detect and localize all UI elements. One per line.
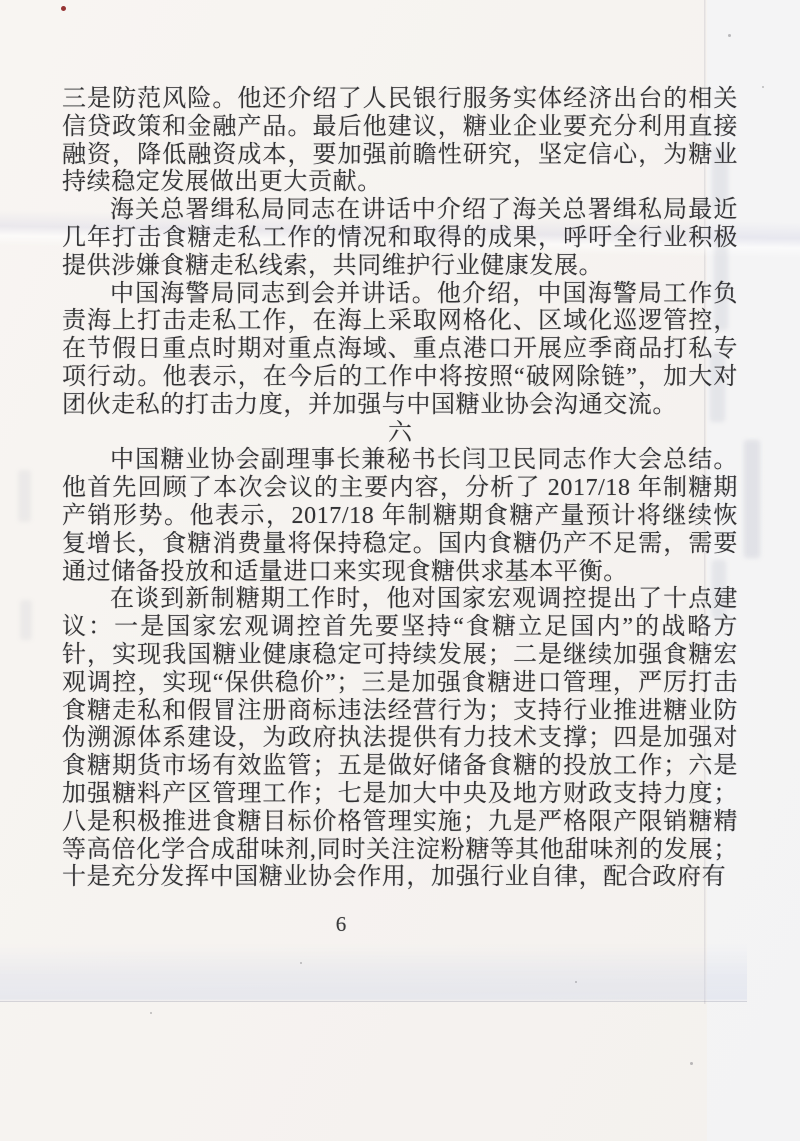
paper-fold-band-bottom: [0, 944, 747, 1002]
paper-speck: [690, 1062, 693, 1065]
paragraph: 中国海警局同志到会并讲话。他介绍，中国海警局工作负责海上打击走私工作，在海上采取…: [62, 281, 738, 420]
paper-speck: [575, 981, 577, 983]
paper-speck: [762, 86, 764, 88]
ink-bleed-mark: [20, 600, 32, 640]
section-heading: 六: [62, 420, 738, 448]
paper-speck: [728, 34, 731, 37]
paragraph: 在谈到新制糖期工作时，他对国家宏观调控提出了十点建议：一是国家宏观调控首先要坚持…: [62, 586, 738, 892]
scanned-page: 三是防范风险。他还介绍了人民银行服务实体经济出台的相关信贷政策和金融产品。最后他…: [0, 0, 800, 1141]
page-number: 6: [0, 912, 682, 937]
paragraph-continuation: 三是防范风险。他还介绍了人民银行服务实体经济出台的相关信贷政策和金融产品。最后他…: [62, 86, 738, 197]
paragraph: 海关总署缉私局同志在讲话中介绍了海关总署缉私局最近几年打击食糖走私工作的情况和取…: [62, 197, 738, 280]
document-body: 三是防范风险。他还介绍了人民银行服务实体经济出台的相关信贷政策和金融产品。最后他…: [62, 86, 738, 892]
red-ink-speck: [61, 6, 66, 11]
ink-bleed-mark: [18, 470, 31, 522]
paper-speck: [150, 1012, 152, 1014]
paragraph: 中国糖业协会副理事长兼秘书长闫卫民同志作大会总结。他首先回顾了本次会议的主要内容…: [62, 447, 738, 586]
paper-speck: [300, 962, 302, 964]
